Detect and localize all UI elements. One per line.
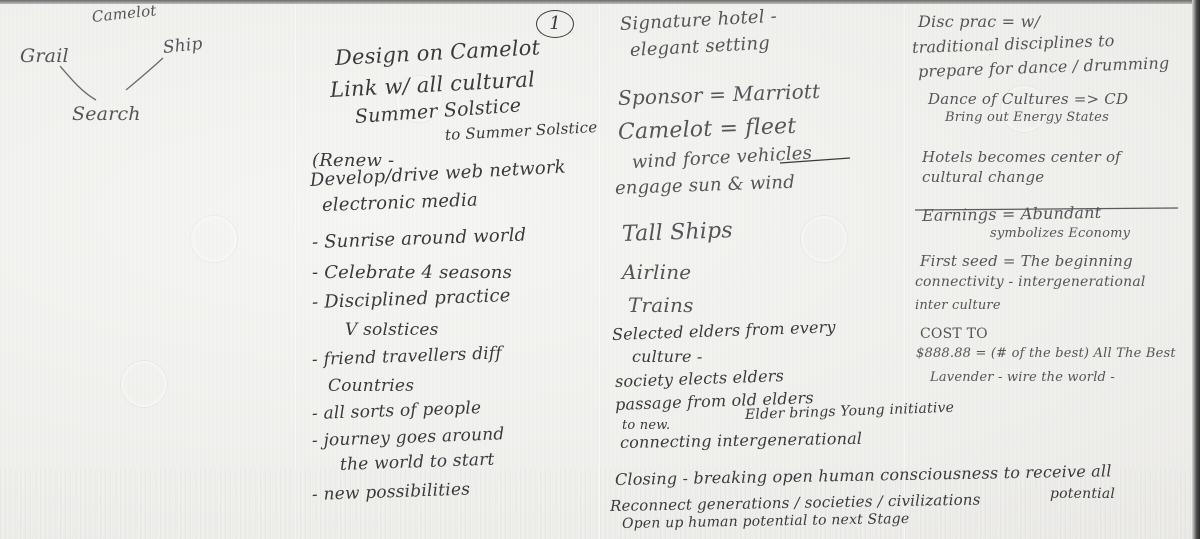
embossed-flower-icon xyxy=(120,360,168,408)
note-line-struck: Disc prac = w/ xyxy=(918,12,1040,31)
note-line: Bring out Energy States xyxy=(945,110,1109,125)
note-line: connectivity - intergenerational xyxy=(915,274,1146,290)
embossed-flower-icon xyxy=(190,215,238,263)
embossed-flower-icon xyxy=(800,215,848,263)
note-line: Trains xyxy=(628,293,694,317)
note-line: Countries xyxy=(328,376,414,396)
note-line: cultural change xyxy=(922,168,1044,186)
cost-label: COST TO xyxy=(920,326,988,342)
note-line: Selected elders from every xyxy=(612,317,836,344)
napkin-scan: Camelot Grail Ship Search 1 Design on Ca… xyxy=(0,0,1200,539)
note-line: - journey goes around xyxy=(312,424,505,451)
fold-line-1 xyxy=(294,4,297,539)
mindmap-search: Search xyxy=(72,103,141,125)
note-line: society elects elders xyxy=(615,366,785,391)
note-line: Tall Ships xyxy=(622,218,734,247)
note-line: symbolizes Economy xyxy=(990,226,1130,241)
note-line: Hotels becomes center of xyxy=(922,148,1121,166)
note-line: to new. xyxy=(622,418,670,433)
note-line: connecting intergenerational xyxy=(620,429,862,452)
note-line: Earnings = Abundant xyxy=(922,203,1102,225)
note-line: Design on Camelot xyxy=(334,35,540,70)
fold-line-3 xyxy=(903,4,906,539)
note-line: to Summer Solstice xyxy=(445,118,598,144)
note-line: inter culture xyxy=(915,298,1001,313)
note-line: wind force vehicles xyxy=(631,143,812,173)
fold-line-2 xyxy=(598,4,601,539)
note-line: Airline xyxy=(622,260,691,284)
mindmap-camelot: Camelot xyxy=(91,1,157,26)
note-line: - Sunrise around world xyxy=(312,225,527,253)
mindmap-grail: Grail xyxy=(20,45,69,67)
note-line: - friend travellers diff xyxy=(312,343,503,370)
note-line: elegant setting xyxy=(629,33,770,61)
note-line: prepare for dance / drumming xyxy=(918,53,1170,81)
note-line: - all sorts of people xyxy=(312,398,482,424)
note-line: - Disciplined practice xyxy=(312,285,511,313)
note-line: Dance of Cultures => CD xyxy=(928,90,1128,108)
note-line: Sponsor = Marriott xyxy=(618,79,821,110)
note-line: potential xyxy=(1050,486,1115,502)
note-line: Camelot = fleet xyxy=(618,114,797,145)
note-line: - Celebrate 4 seasons xyxy=(312,262,512,283)
note-line: engage sun & wind xyxy=(615,172,796,199)
note-line: culture - xyxy=(632,347,703,366)
note-line: V solstices xyxy=(345,320,439,340)
note-line: First seed = The beginning xyxy=(920,252,1133,270)
scan-right-edge xyxy=(1192,0,1200,539)
note-line: electronic media xyxy=(322,190,479,216)
note-line: Signature hotel - xyxy=(619,6,777,35)
cost-value: $888.88 = (# of the best) All The Best xyxy=(916,346,1176,361)
note-line: traditional disciplines to xyxy=(912,31,1115,57)
note-line: Lavender - wire the world - xyxy=(930,370,1115,385)
page-number-circle: 1 xyxy=(536,10,574,38)
mindmap-ship: Ship xyxy=(162,34,204,58)
